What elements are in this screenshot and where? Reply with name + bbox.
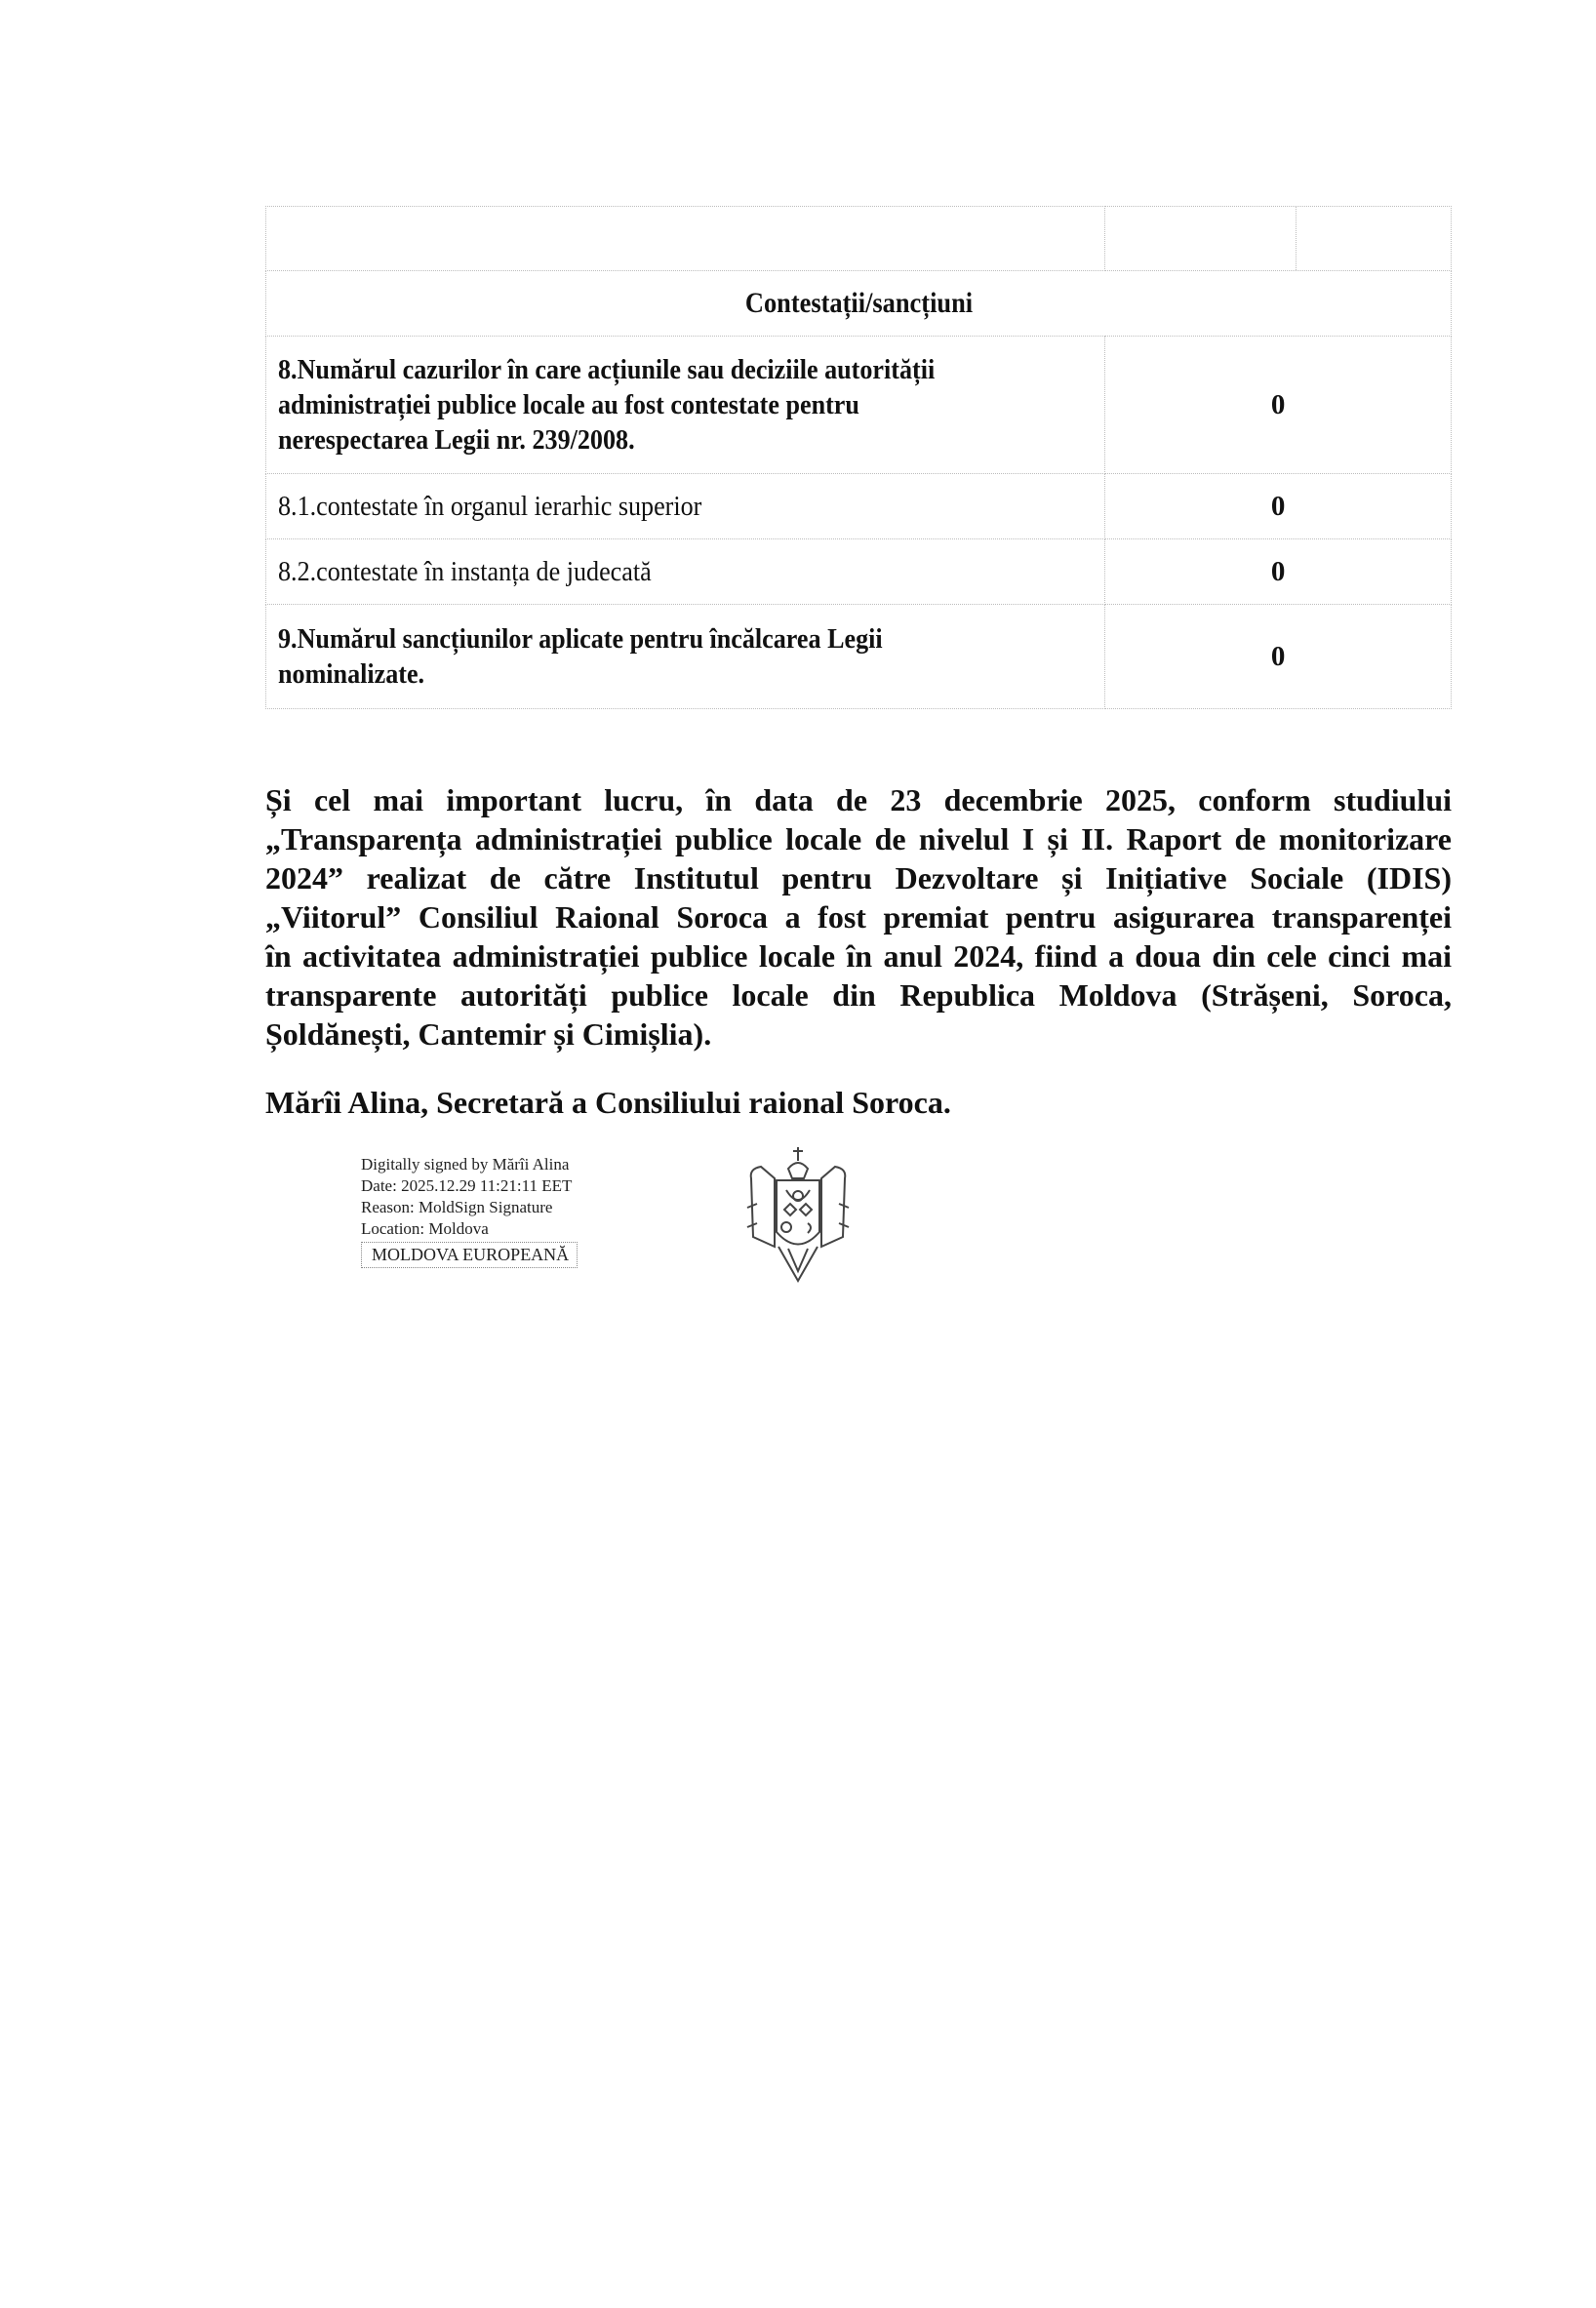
row-label: 8.Numărul cazurilor în care acțiunile sa… — [266, 337, 1105, 474]
paragraph-line: Și cel mai important lucru, în data de 2… — [265, 780, 1452, 819]
signature-date: Date: 2025.12.29 11:21:11 EET — [361, 1175, 578, 1197]
signature-location: Location: Moldova — [361, 1218, 578, 1240]
digital-signature-block: Digitally signed by Mărîi Alina Date: 20… — [361, 1154, 578, 1268]
paragraph-line: „Transparența administrației publice loc… — [265, 819, 1452, 858]
signature-reason: Reason: MoldSign Signature — [361, 1197, 578, 1218]
signature-stamp: MOLDOVA EUROPEANĂ — [361, 1242, 578, 1268]
table-top-row — [266, 207, 1452, 271]
empty-cell — [266, 207, 1105, 271]
section-heading: Contestații/sancțiuni — [337, 271, 1379, 337]
table-row: 8.1.contestate în organul ierarhic super… — [266, 474, 1452, 539]
table-row: 8.Numărul cazurilor în care acțiunile sa… — [266, 337, 1452, 474]
empty-split-cell — [1105, 207, 1452, 271]
row-value: 0 — [1105, 605, 1452, 709]
signature-line: Mărîi Alina, Secretară a Consiliului rai… — [265, 1085, 951, 1121]
section-heading-row: Contestații/sancțiuni — [266, 271, 1452, 337]
paragraph-line: în activitatea administrației publice lo… — [265, 936, 1452, 975]
paragraph-line: transparente autorități publice locale d… — [265, 975, 1452, 1015]
table-row: 8.2.contestate în instanța de judecată 0 — [266, 539, 1452, 605]
signed-by: Digitally signed by Mărîi Alina — [361, 1154, 578, 1175]
row-value: 0 — [1105, 337, 1452, 474]
row-label: 9.Numărul sancțiunilor aplicate pentru î… — [266, 605, 1105, 709]
contestations-table: Contestații/sancțiuni 8.Numărul cazurilo… — [265, 206, 1452, 709]
moldova-coat-of-arms-icon — [739, 1139, 857, 1286]
row-value: 0 — [1105, 539, 1452, 605]
award-paragraph: Și cel mai important lucru, în data de 2… — [265, 780, 1452, 1054]
row-value: 0 — [1105, 474, 1452, 539]
paragraph-line: Șoldănești, Cantemir și Cimișlia). — [265, 1015, 1452, 1054]
row-label: 8.1.contestate în organul ierarhic super… — [266, 474, 1105, 539]
table-row: 9.Numărul sancțiunilor aplicate pentru î… — [266, 605, 1452, 709]
paragraph-line: „Viitorul” Consiliul Raional Soroca a fo… — [265, 897, 1452, 936]
paragraph-line: 2024” realizat de către Institutul pentr… — [265, 858, 1452, 897]
row-label: 8.2.contestate în instanța de judecată — [266, 539, 1105, 605]
